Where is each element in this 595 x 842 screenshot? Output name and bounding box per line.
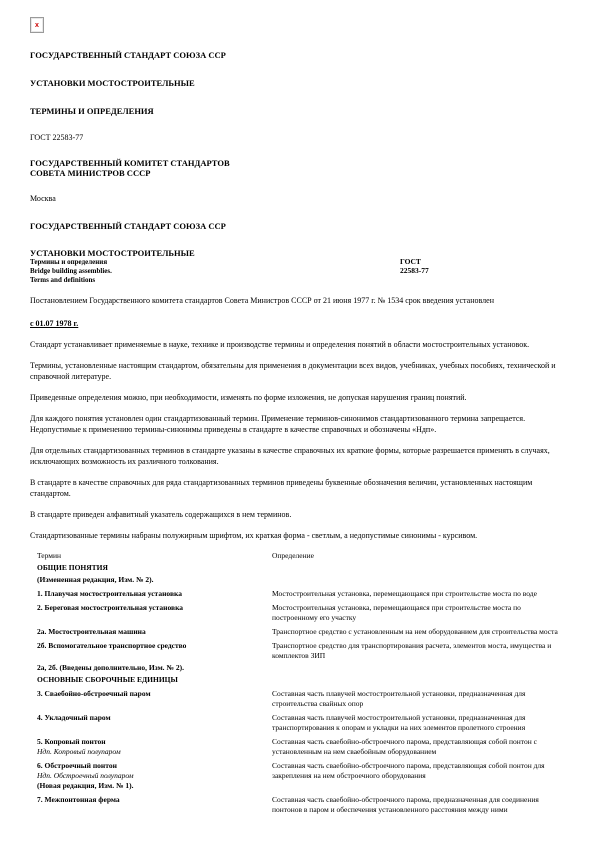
- intro-paragraph: В стандарте приведен алфавитный указател…: [30, 509, 565, 520]
- intro-paragraph: Стандарт устанавливает применяемые в нау…: [30, 339, 565, 350]
- table-row: 5. Копровый понтонНдп. Копровый полупаро…: [30, 737, 565, 757]
- masthead-subject: УСТАНОВКИ МОСТОСТРОИТЕЛЬНЫЕ: [30, 78, 565, 89]
- section-heading: ОБЩИЕ ПОНЯТИЯ: [37, 563, 260, 573]
- table-row: 2а, 2б. (Введены дополнительно, Изм. № 2…: [30, 663, 565, 673]
- definition-cell: Составная часть сваебойно-обстроечного п…: [272, 737, 565, 757]
- intro-paragraph: Для каждого понятия установлен один стан…: [30, 413, 565, 435]
- term-cell: 6. Обстроечный понтонНдп. Обстроечный по…: [30, 761, 272, 791]
- table-row: 6. Обстроечный понтонНдп. Обстроечный по…: [30, 761, 565, 791]
- broken-image-icon: x: [30, 17, 44, 33]
- amendment-note: (Измененная редакция, Изм. № 2).: [37, 575, 260, 585]
- term-name: 3. Сваебойно-обстроечный паром: [37, 689, 260, 699]
- standard-gost-designation: ГОСТ 22583-77: [400, 248, 565, 285]
- committee-name: ГОСУДАРСТВЕННЫЙ КОМИТЕТ СТАНДАРТОВ СОВЕТ…: [30, 158, 565, 178]
- term-name: 1. Плавучая мостостроительная установка: [37, 589, 260, 599]
- standard-name-en: Bridge building assemblies.: [30, 267, 400, 276]
- table-row: ОСНОВНЫЕ СБОРОЧНЫЕ ЕДИНИЦЫ: [30, 675, 565, 685]
- committee-line-1: ГОСУДАРСТВЕННЫЙ КОМИТЕТ СТАНДАРТОВ: [30, 158, 565, 168]
- definition-cell: Составная часть плавучей мостостроительн…: [272, 713, 565, 733]
- table-header-row: Термин Определение: [30, 551, 565, 561]
- table-row: 2б. Вспомогательное транспортное средств…: [30, 641, 565, 661]
- table-row: 2. Береговая мостостроительная установка…: [30, 603, 565, 623]
- term-name: 2б. Вспомогательное транспортное средств…: [37, 641, 260, 651]
- term-name: 4. Укладочный паром: [37, 713, 260, 723]
- masthead-gost-number: ГОСТ 22583-77: [30, 132, 565, 143]
- table-row: 1. Плавучая мостостроительная установкаМ…: [30, 589, 565, 599]
- term-cell: 4. Укладочный паром: [30, 713, 272, 723]
- term-name: 7. Межпонтонная ферма: [37, 795, 260, 805]
- intro-paragraph: Приведенные определения можно, при необх…: [30, 392, 565, 403]
- ndp-synonym: Ндп. Копровый полупаром: [37, 747, 260, 757]
- term-cell: ОБЩИЕ ПОНЯТИЯ: [30, 563, 272, 573]
- definition-cell: Мостостроительная установка, перемещающа…: [272, 589, 565, 599]
- amendment-note: (Новая редакция, Изм. № 1).: [37, 781, 260, 791]
- column-header-definition: Определение: [272, 551, 565, 561]
- term-cell: 3. Сваебойно-обстроечный паром: [30, 689, 272, 699]
- standard-title-left: УСТАНОВКИ МОСТОСТРОИТЕЛЬНЫЕ Термины и оп…: [30, 248, 400, 285]
- city-line: Москва: [30, 193, 565, 204]
- ndp-synonym: Ндп. Обстроечный полупаром: [37, 771, 260, 781]
- standard-title-block: УСТАНОВКИ МОСТОСТРОИТЕЛЬНЫЕ Термины и оп…: [30, 248, 565, 285]
- standard-name-ru: УСТАНОВКИ МОСТОСТРОИТЕЛЬНЫЕ: [30, 248, 400, 258]
- masthead-title-2: ГОСУДАРСТВЕННЫЙ СТАНДАРТ СОЮЗА ССР: [30, 221, 565, 232]
- standard-subtitle-en: Terms and definitions: [30, 276, 400, 285]
- term-cell: ОСНОВНЫЕ СБОРОЧНЫЕ ЕДИНИЦЫ: [30, 675, 272, 685]
- definition-cell: Составная часть плавучей мостостроительн…: [272, 689, 565, 709]
- term-cell: 2а, 2б. (Введены дополнительно, Изм. № 2…: [30, 663, 272, 673]
- table-row: 2а. Мостостроительная машинаТранспортное…: [30, 627, 565, 637]
- committee-line-2: СОВЕТА МИНИСТРОВ СССР: [30, 168, 565, 178]
- definition-cell: Транспортное средство с установленным на…: [272, 627, 565, 637]
- intro-paragraph: В стандарте в качестве справочных для ря…: [30, 477, 565, 499]
- intro-paragraph: Для отдельных стандартизованных терминов…: [30, 445, 565, 467]
- term-cell: 2а. Мостостроительная машина: [30, 627, 272, 637]
- intro-paragraph: Стандартизованные термины набраны полужи…: [30, 530, 565, 541]
- gost-num: 22583-77: [400, 266, 565, 275]
- term-cell: (Измененная редакция, Изм. № 2).: [30, 575, 272, 585]
- term-cell: 1. Плавучая мостостроительная установка: [30, 589, 272, 599]
- masthead-terms-line: ТЕРМИНЫ И ОПРЕДЕЛЕНИЯ: [30, 106, 565, 117]
- intro-paragraph: Термины, установленные настоящим стандар…: [30, 360, 565, 382]
- term-cell: 5. Копровый понтонНдп. Копровый полупаро…: [30, 737, 272, 757]
- intro-paragraphs: Стандарт устанавливает применяемые в нау…: [30, 339, 565, 541]
- broken-image-x-glyph: x: [35, 22, 39, 29]
- table-row: 7. Межпонтонная фермаСоставная часть сва…: [30, 795, 565, 815]
- terms-table: Термин Определение ОБЩИЕ ПОНЯТИЯ(Изменен…: [30, 551, 565, 815]
- term-name: 5. Копровый понтон: [37, 737, 260, 747]
- table-row: 3. Сваебойно-обстроечный паромСоставная …: [30, 689, 565, 709]
- gost-label: ГОСТ: [400, 257, 565, 266]
- term-cell: 7. Межпонтонная ферма: [30, 795, 272, 805]
- term-cell: 2б. Вспомогательное транспортное средств…: [30, 641, 272, 651]
- definition-cell: Составная часть сваебойно-обстроечного п…: [272, 795, 565, 815]
- definition-cell: Составная часть сваебойно-обстроечного п…: [272, 761, 565, 781]
- term-name: 2а. Мостостроительная машина: [37, 627, 260, 637]
- masthead-title-1: ГОСУДАРСТВЕННЫЙ СТАНДАРТ СОЮЗА ССР: [30, 50, 565, 61]
- term-name: 6. Обстроечный понтон: [37, 761, 260, 771]
- effective-date: с 01.07 1978 г.: [30, 318, 565, 329]
- definition-cell: Мостостроительная установка, перемещающа…: [272, 603, 565, 623]
- amendment-note: 2а, 2б. (Введены дополнительно, Изм. № 2…: [37, 663, 260, 673]
- document-page: x ГОСУДАРСТВЕННЫЙ СТАНДАРТ СОЮЗА ССР УСТ…: [0, 0, 595, 842]
- definition-cell: Транспортное средство для транспортирова…: [272, 641, 565, 661]
- term-cell: 2. Береговая мостостроительная установка: [30, 603, 272, 613]
- section-heading: ОСНОВНЫЕ СБОРОЧНЫЕ ЕДИНИЦЫ: [37, 675, 260, 685]
- table-row: 4. Укладочный паромСоставная часть плаву…: [30, 713, 565, 733]
- standard-subtitle-ru: Термины и определения: [30, 258, 400, 267]
- table-rows: ОБЩИЕ ПОНЯТИЯ(Измененная редакция, Изм. …: [30, 563, 565, 815]
- term-name: 2. Береговая мостостроительная установка: [37, 603, 260, 613]
- table-row: (Измененная редакция, Изм. № 2).: [30, 575, 565, 585]
- decree-paragraph: Постановлением Государственного комитета…: [30, 295, 565, 306]
- table-row: ОБЩИЕ ПОНЯТИЯ: [30, 563, 565, 573]
- column-header-term: Термин: [30, 551, 272, 561]
